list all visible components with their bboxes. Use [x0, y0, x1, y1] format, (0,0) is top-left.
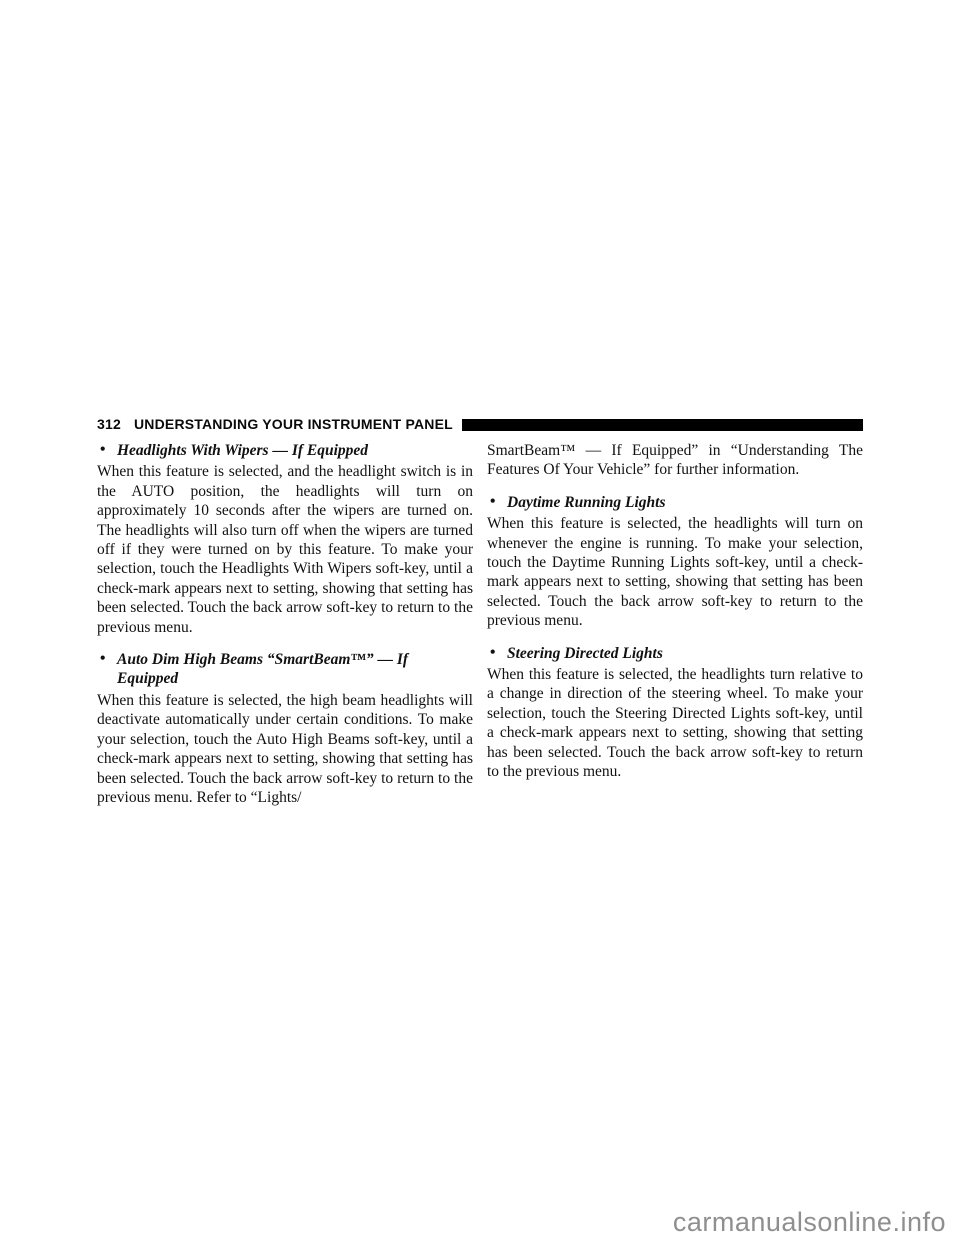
page-title: UNDERSTANDING YOUR INSTRUMENT PANEL	[134, 416, 453, 432]
paragraph-headlights-with-wipers: When this feature is selected, and the h…	[97, 462, 473, 637]
bullet-heading-steering-directed-lights: • Steering Directed Lights	[487, 644, 863, 663]
column-left: • Headlights With Wipers — If Equipped W…	[97, 441, 473, 820]
bullet-heading-daytime-running-lights: • Daytime Running Lights	[487, 493, 863, 512]
page-number: 312	[97, 416, 121, 432]
bullet-heading-auto-dim-high-beams: • Auto Dim High Beams “SmartBeam™” — If …	[97, 650, 473, 689]
header-rule	[462, 419, 863, 431]
paragraph-steering-directed-lights: When this feature is selected, the headl…	[487, 665, 863, 781]
paragraph-smartbeam-continuation: SmartBeam™ — If Equipped” in “Understand…	[487, 441, 863, 480]
text-columns: • Headlights With Wipers — If Equipped W…	[97, 441, 863, 820]
bullet-icon: •	[100, 649, 105, 668]
paragraph-auto-dim-high-beams: When this feature is selected, the high …	[97, 691, 473, 807]
bullet-heading-label: Headlights With Wipers — If Equipped	[117, 442, 368, 459]
bullet-icon: •	[490, 643, 495, 662]
bullet-heading-headlights-with-wipers: • Headlights With Wipers — If Equipped	[97, 441, 473, 460]
bullet-heading-label: Steering Directed Lights	[507, 645, 663, 662]
bullet-icon: •	[490, 492, 495, 511]
column-right: SmartBeam™ — If Equipped” in “Understand…	[487, 441, 863, 820]
watermark: carmanualsonline.info	[673, 1207, 946, 1238]
bullet-icon: •	[100, 440, 105, 459]
bullet-heading-label: Auto Dim High Beams “SmartBeam™” — If Eq…	[117, 651, 408, 687]
bullet-heading-label: Daytime Running Lights	[507, 494, 665, 511]
page-header: 312 UNDERSTANDING YOUR INSTRUMENT PANEL	[97, 416, 863, 432]
paragraph-daytime-running-lights: When this feature is selected, the headl…	[487, 514, 863, 630]
